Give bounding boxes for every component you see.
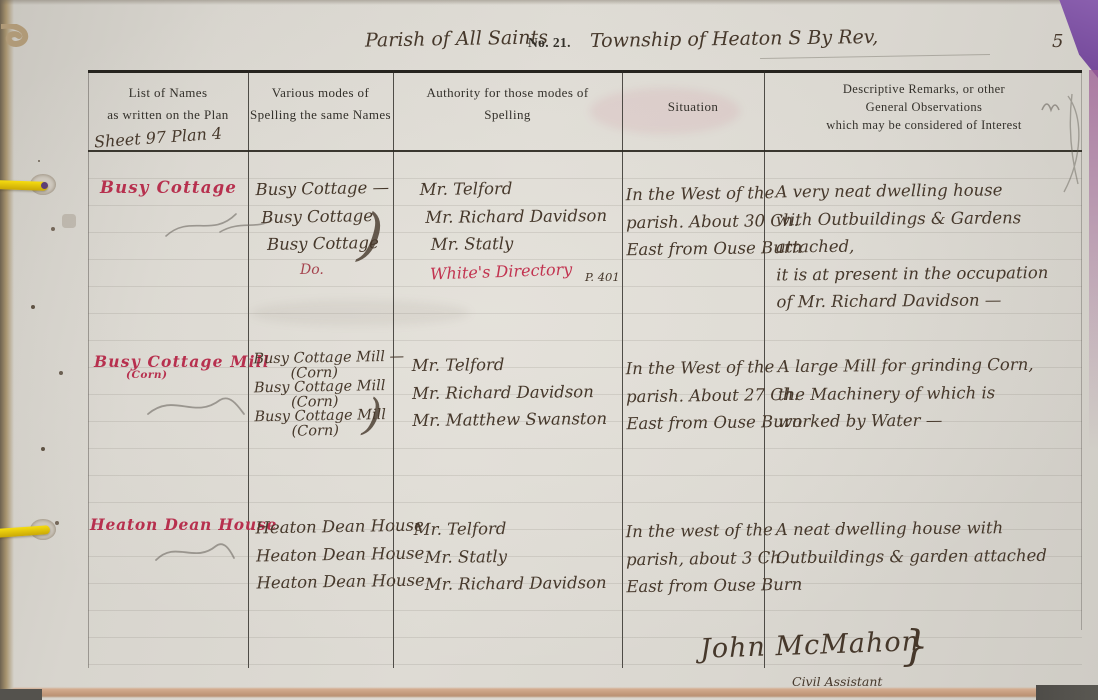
column-header-names: List of Names as written on the Plan bbox=[90, 82, 246, 126]
row1-remarks: A very neat dwelling house with Outbuild… bbox=[775, 176, 1098, 316]
binding-cord-top-tip bbox=[41, 182, 48, 189]
row1-do-mark: Do. bbox=[300, 257, 324, 285]
column-header-spellings: Various modes of Spelling the same Names bbox=[250, 82, 391, 126]
header-number: No. 21. bbox=[528, 32, 571, 54]
signature-brace: } bbox=[902, 632, 929, 660]
row2-name-qualifier: (Corn) bbox=[126, 369, 167, 381]
table-col-divider-3 bbox=[622, 70, 623, 668]
row2-remarks: A large Mill for grinding Corn, the Mach… bbox=[778, 351, 1035, 436]
page-edge-left bbox=[0, 0, 14, 700]
corner-dark-bottomleft bbox=[0, 689, 42, 700]
row1-name-on-plan: Busy Cottage bbox=[100, 178, 237, 197]
row3-name-on-plan: Heaton Dean House bbox=[90, 515, 277, 534]
row3-remarks: A neat dwelling house with Outbuildings … bbox=[776, 514, 1047, 571]
row2-authorities: Mr. Telford Mr. Richard Davidson Mr. Mat… bbox=[412, 350, 608, 435]
page-edge-top bbox=[0, 0, 1098, 5]
row2-name-on-plan: Busy Cottage Mill bbox=[94, 352, 270, 371]
corner-curl bbox=[1, 24, 35, 64]
paper-specks bbox=[38, 160, 40, 162]
page-edge-bottom bbox=[10, 688, 1053, 697]
column-header-remarks: Descriptive Remarks, or other General Ob… bbox=[768, 80, 1080, 134]
row3-authorities: Mr. Telford Mr. Statly Mr. Richard David… bbox=[414, 514, 607, 599]
page-number: 5 bbox=[1052, 28, 1063, 56]
row3-pencil-mark bbox=[150, 538, 240, 568]
row1-authorities: Mr. Telford Mr. Richard Davidson Mr. Sta… bbox=[420, 174, 608, 258]
row1-directory: White's Directory bbox=[430, 256, 573, 288]
row2-situation: In the West of the parish. About 27 Ch. … bbox=[625, 353, 802, 438]
table-header-bottom-border bbox=[88, 150, 1082, 152]
table-top-border bbox=[88, 70, 1082, 73]
column-header-situation: Situation bbox=[624, 96, 762, 118]
corner-dark-bottomright bbox=[1036, 685, 1098, 700]
signature-title: Civil Assistant bbox=[792, 668, 882, 696]
header-parish: Parish of All Saints bbox=[365, 24, 548, 55]
namebook-page-scan: Parish of All Saints No. 21. Township of… bbox=[0, 0, 1098, 700]
row3-spellings: Heaton Dean House Heaton Dean House Heat… bbox=[255, 512, 425, 597]
header-underline bbox=[760, 54, 990, 59]
row1-page-ref: P. 401 bbox=[585, 264, 620, 292]
header-township: Township of Heaton S By Rev, bbox=[590, 24, 879, 56]
signature-name: John McMahon bbox=[700, 628, 921, 663]
row2-pencil-mark bbox=[140, 390, 250, 424]
row1-flourish: ) bbox=[358, 221, 384, 251]
table-left-border bbox=[88, 70, 89, 668]
column-header-authority: Authority for those modes of Spelling bbox=[395, 82, 620, 126]
ink-bleed-smudge bbox=[250, 300, 470, 326]
